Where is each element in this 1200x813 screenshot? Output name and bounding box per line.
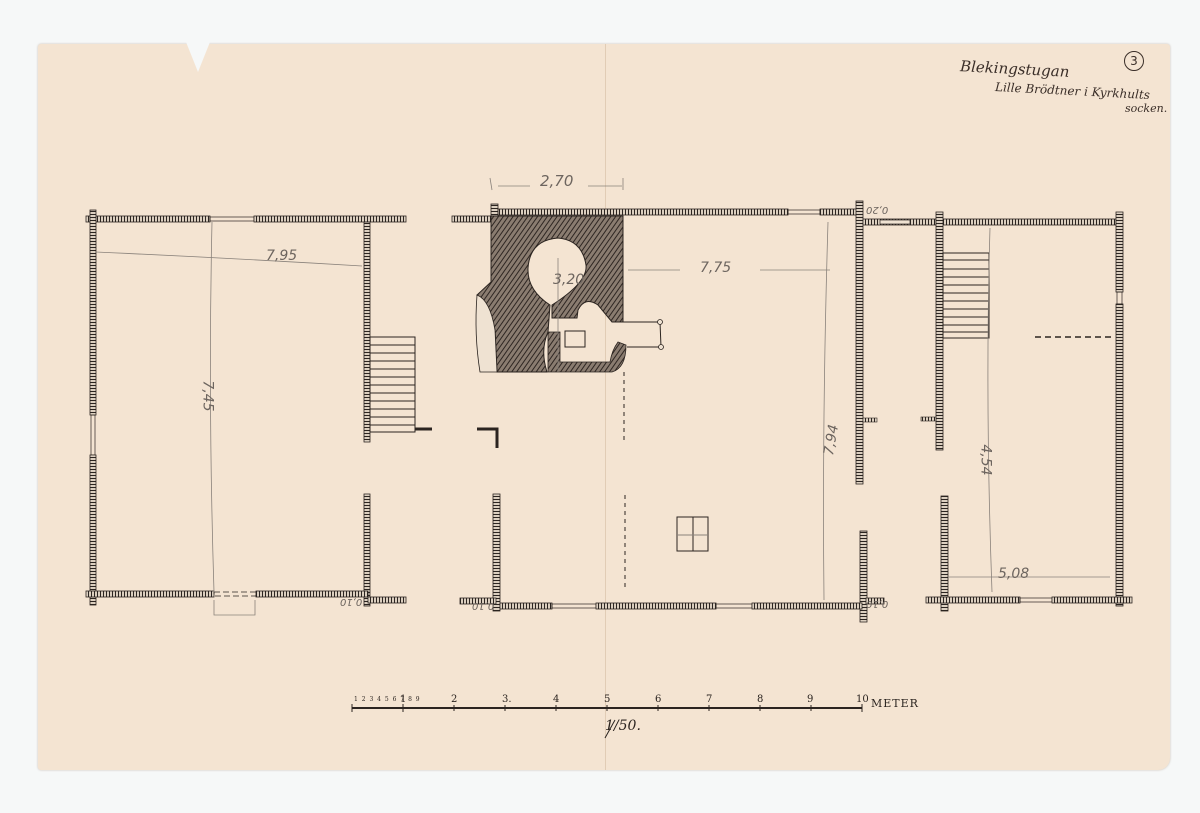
floor-plan-drawing — [0, 0, 1200, 813]
scale-tick-6: 6 — [655, 694, 661, 705]
scale-tick-3: 3. — [502, 694, 512, 705]
dim-wall-top: 0,20 — [866, 204, 888, 215]
dim-left-room-depth: 7,45 — [200, 380, 216, 411]
dim-wall-left-bottom: 0,10 — [340, 596, 362, 607]
scale-tick-2: 2 — [451, 694, 457, 705]
scale-subticks: 1 2 3 4 5 6 7 8 9 — [354, 696, 421, 703]
scale-tick-4: 4 — [553, 694, 559, 705]
scale-tick-9: 9 — [807, 694, 813, 705]
title-line-3: socken. — [1125, 102, 1167, 115]
scale-tick-7: 7 — [706, 694, 712, 705]
dim-hearth-width: 2,70 — [540, 172, 573, 190]
scale-tick-1: 1 — [400, 694, 406, 705]
dim-main-room-width: 7,75 — [700, 260, 731, 276]
hearth-fireplace — [476, 216, 664, 372]
dim-left-room-width: 7,95 — [266, 248, 297, 264]
scale-tick-8: 8 — [757, 694, 763, 705]
right-room — [863, 212, 1132, 611]
dim-hearth-depth: 3,20 — [553, 272, 584, 288]
sheet-number-circle: 3 — [1124, 51, 1144, 71]
staircase-left — [370, 337, 432, 432]
staircase-right — [943, 253, 989, 338]
dim-right-room-width: 5,08 — [998, 566, 1029, 582]
scale-unit-label: METER — [871, 697, 919, 710]
dim-wall-mid-bottom-right: 0,10 — [866, 598, 888, 609]
dim-right-room-depth: 4,54 — [978, 444, 994, 475]
left-room — [86, 210, 432, 615]
scale-tick-10: 10 — [856, 694, 869, 705]
scale-ratio: 1/50. — [605, 718, 641, 734]
scale-tick-5: 5 — [604, 694, 610, 705]
dim-wall-mid-bottom-left: 0,10 — [472, 600, 494, 611]
middle-room — [452, 178, 884, 622]
table-square — [677, 517, 708, 551]
